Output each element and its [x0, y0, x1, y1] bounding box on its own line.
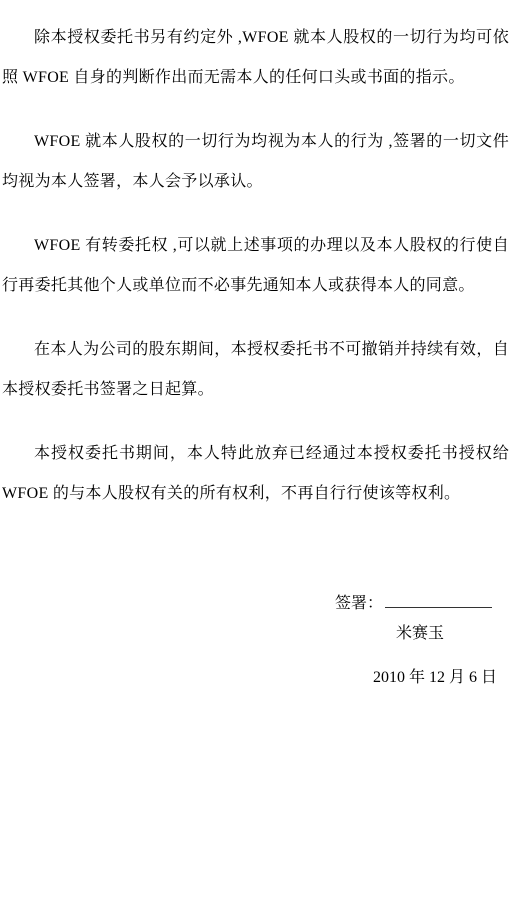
signatory-name: 米赛玉	[396, 622, 497, 646]
signature-label: 签署：	[335, 592, 383, 616]
signature-blank-line	[385, 592, 492, 608]
signature-block: 签署： 米赛玉 2010 年 12 月 6 日	[335, 592, 497, 690]
signature-row: 签署：	[335, 592, 497, 616]
paragraph-authority-discretion: 除本授权委托书另有约定外 ,WFOE 就本人股权的一切行为均可依照 WFOE 自…	[2, 18, 509, 98]
paragraph-sub-delegation: WFOE 有转委托权 ,可以就上述事项的办理以及本人股权的行使自行再委托其他个人…	[2, 226, 509, 306]
paragraph-acts-deemed-own: WFOE 就本人股权的一切行为均视为本人的行为 ,签署的一切文件均视为本人签署，…	[2, 122, 509, 202]
paragraph-irrevocability: 在本人为公司的股东期间，本授权委托书不可撤销并持续有效，自本授权委托书签署之日起…	[2, 330, 509, 410]
paragraph-waiver-of-rights: 本授权委托书期间，本人特此放弃已经通过本授权委托书授权给 WFOE 的与本人股权…	[2, 434, 509, 514]
document-page: 除本授权委托书另有约定外 ,WFOE 就本人股权的一切行为均可依照 WFOE 自…	[0, 0, 513, 902]
signature-date: 2010 年 12 月 6 日	[373, 666, 497, 690]
